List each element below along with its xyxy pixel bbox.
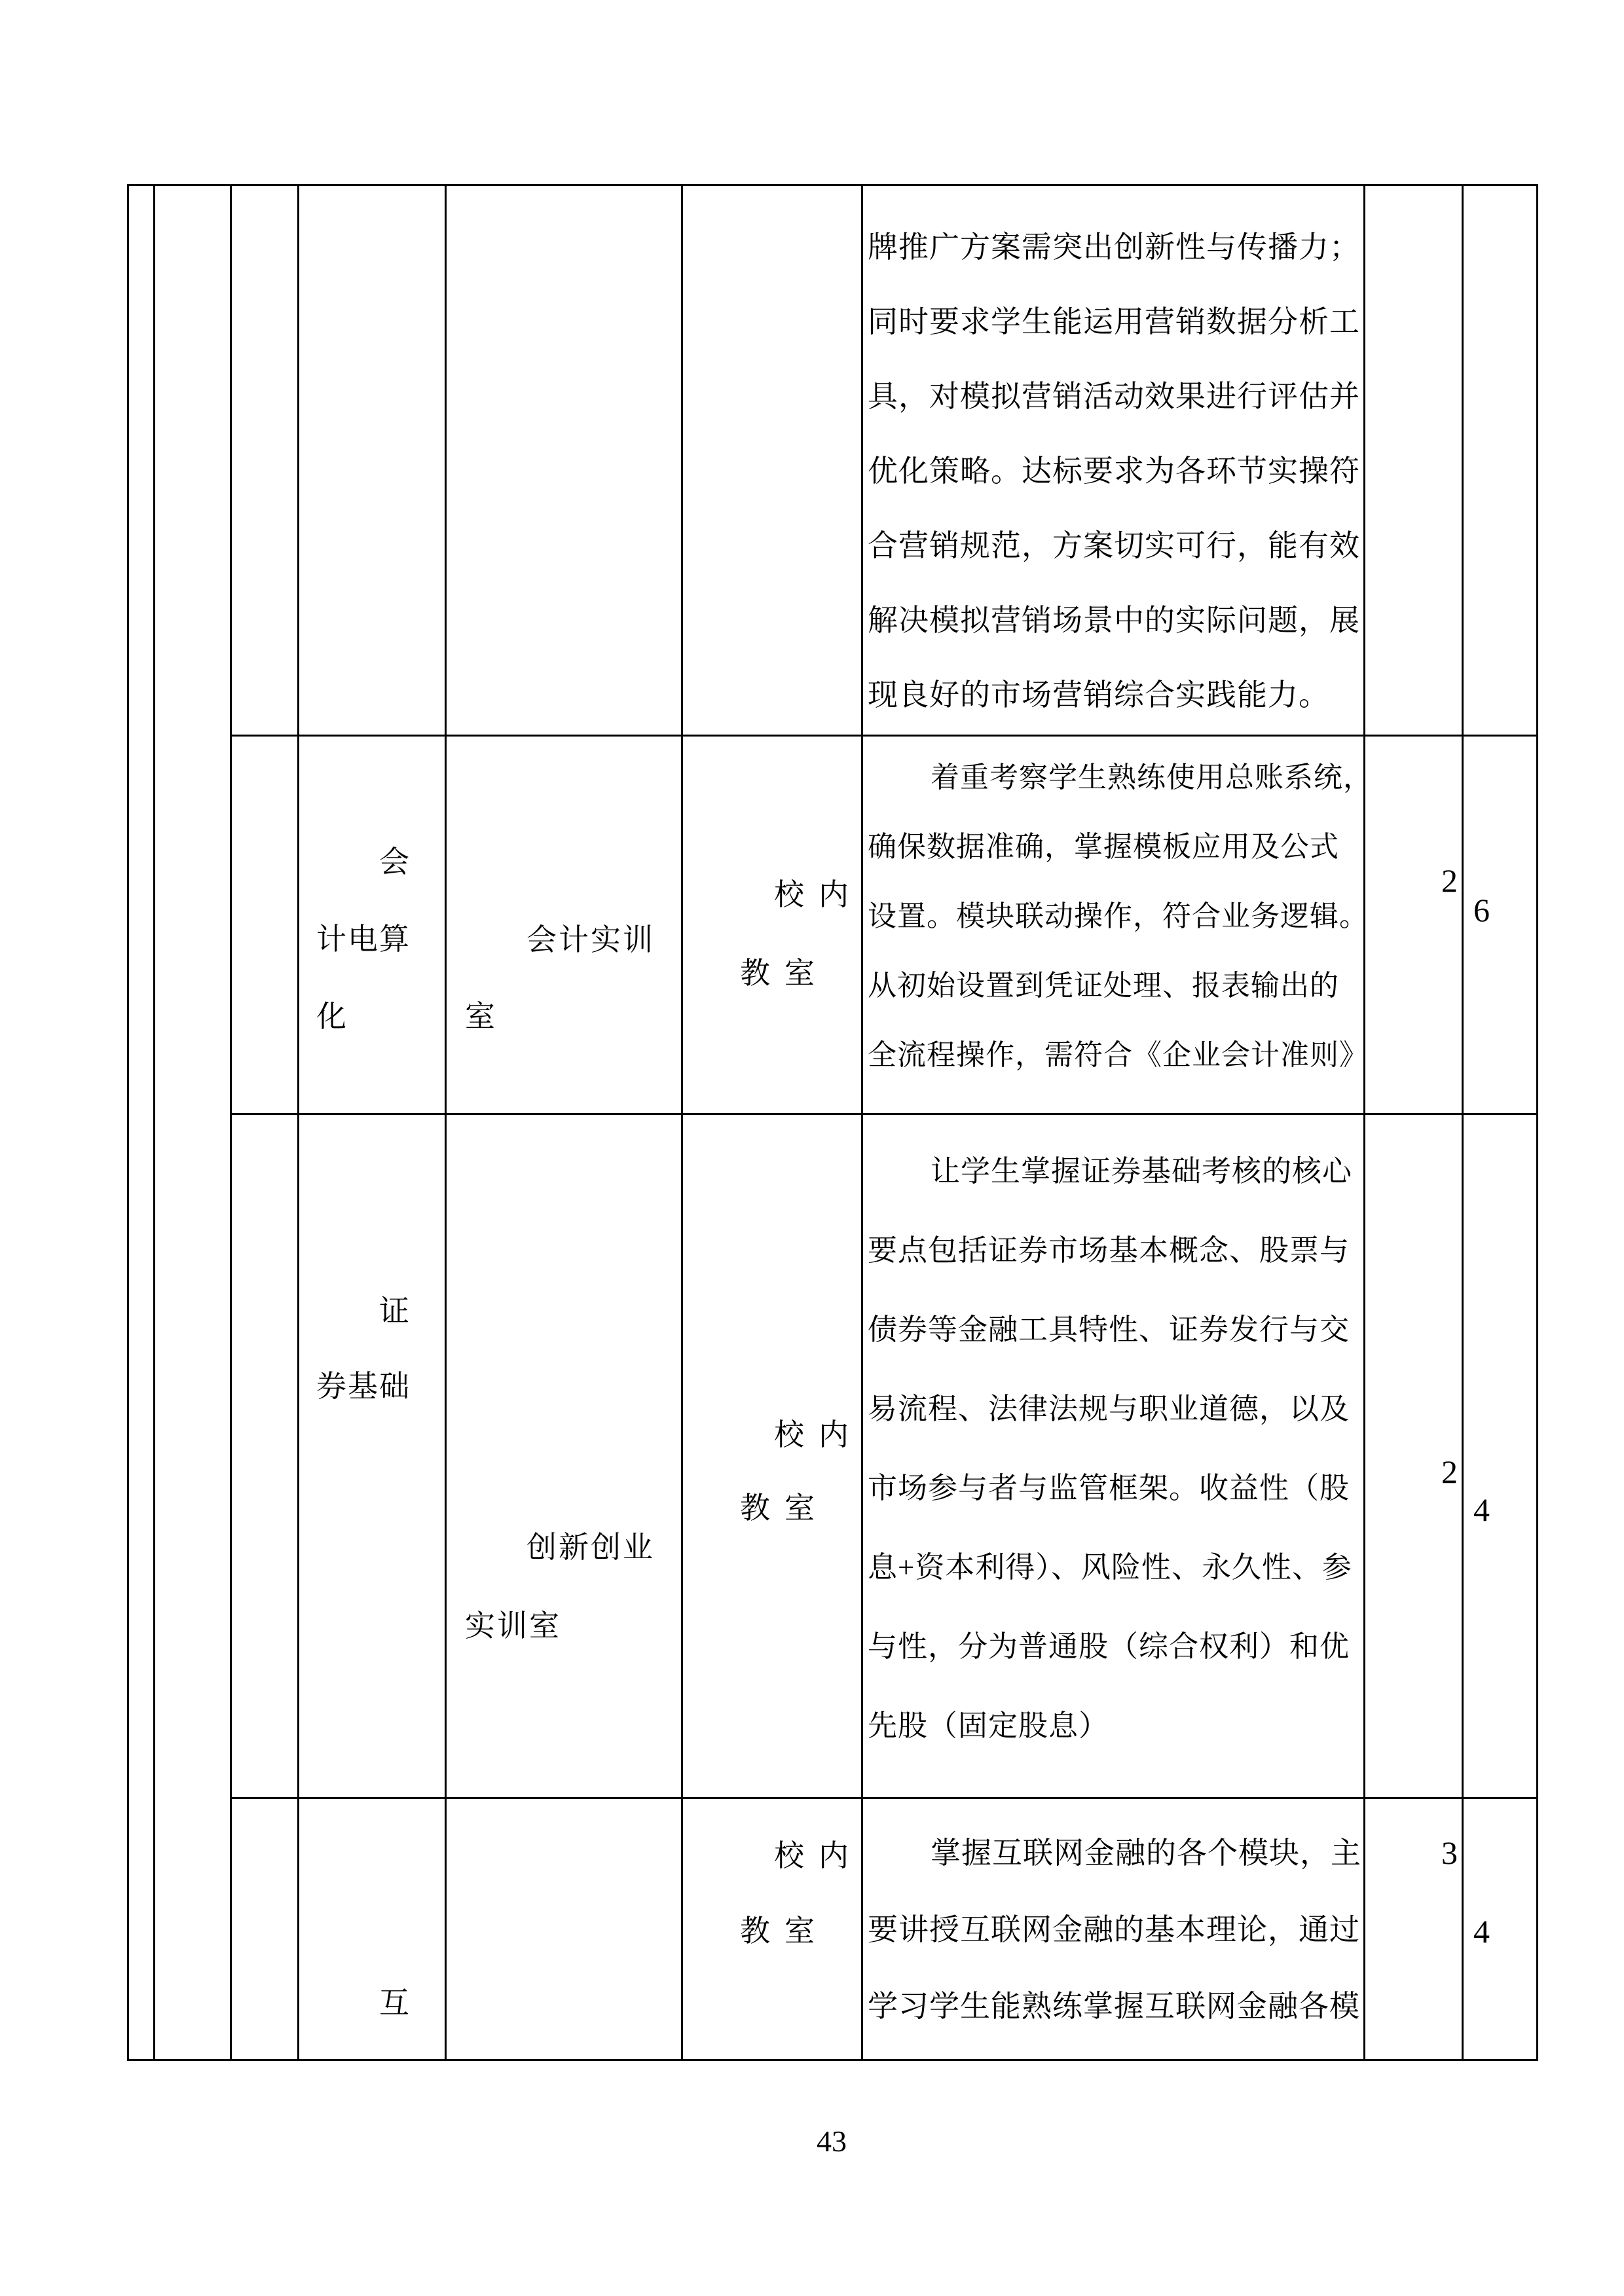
row3-description-cell: 让学生掌握证券基础考核的核心 要点包括证券市场基本概念、股票与 债券等金融工具特… — [868, 1132, 1352, 1766]
table-vertical-line — [445, 184, 447, 2059]
row-divider-2 — [230, 1113, 1538, 1115]
row-divider-3 — [230, 1797, 1538, 1799]
table-vertical-line — [1363, 184, 1365, 2059]
table-border-top — [127, 184, 1538, 186]
table-vertical-line — [297, 184, 299, 2059]
row2-location-cell: 校内 教室 — [740, 856, 863, 1013]
row4-course-cell: 互 — [316, 1965, 411, 2041]
document-page: 牌推广方案需突出创新性与传播力； 同时要求学生能运用营销数据分析工 具，对模拟营… — [0, 0, 1624, 2296]
row4-credit-cell: 3 — [1363, 1834, 1458, 1871]
row3-room-cell: 创新创业 实训室 — [465, 1508, 655, 1666]
row2-hours-cell: 6 — [1473, 892, 1490, 928]
row2-credit-cell: 2 — [1363, 862, 1458, 899]
table-vertical-line — [1462, 184, 1464, 2059]
table-vertical-line — [230, 184, 232, 2059]
row3-credit-cell: 2 — [1363, 1453, 1458, 1490]
row1-description-cell: 牌推广方案需突出创新性与传播力； 同时要求学生能运用营销数据分析工 具，对模拟营… — [868, 210, 1360, 733]
row3-course-cell: 证 券基础 — [316, 1273, 411, 1424]
table-vertical-line — [681, 184, 683, 2059]
row2-course-cell: 会 计电算 化 — [316, 824, 411, 1055]
row3-location-cell: 校内 教室 — [740, 1398, 863, 1545]
row4-location-cell: 校内 教室 — [740, 1818, 863, 1969]
row-divider-1 — [230, 735, 1538, 737]
table-vertical-line — [1536, 184, 1538, 2059]
row4-description-cell: 掌握互联网金融的各个模块，主 要讲授互联网金融的基本理论，通过 学习学生能熟练掌… — [868, 1815, 1361, 2045]
table-vertical-line — [861, 184, 863, 2059]
row2-description-cell: 着重考察学生熟练使用总账系统， 确保数据准确，掌握模板应用及公式 设置。模块联动… — [868, 743, 1373, 1090]
table-vertical-line — [127, 184, 129, 2059]
row2-room-cell: 会计实训 室 — [465, 902, 655, 1055]
table-vertical-line — [153, 184, 155, 2059]
row3-hours-cell: 4 — [1473, 1491, 1490, 1528]
page-number: 43 — [760, 2124, 904, 2159]
table-border-bottom — [127, 2059, 1538, 2061]
row4-hours-cell: 4 — [1473, 1913, 1490, 1950]
